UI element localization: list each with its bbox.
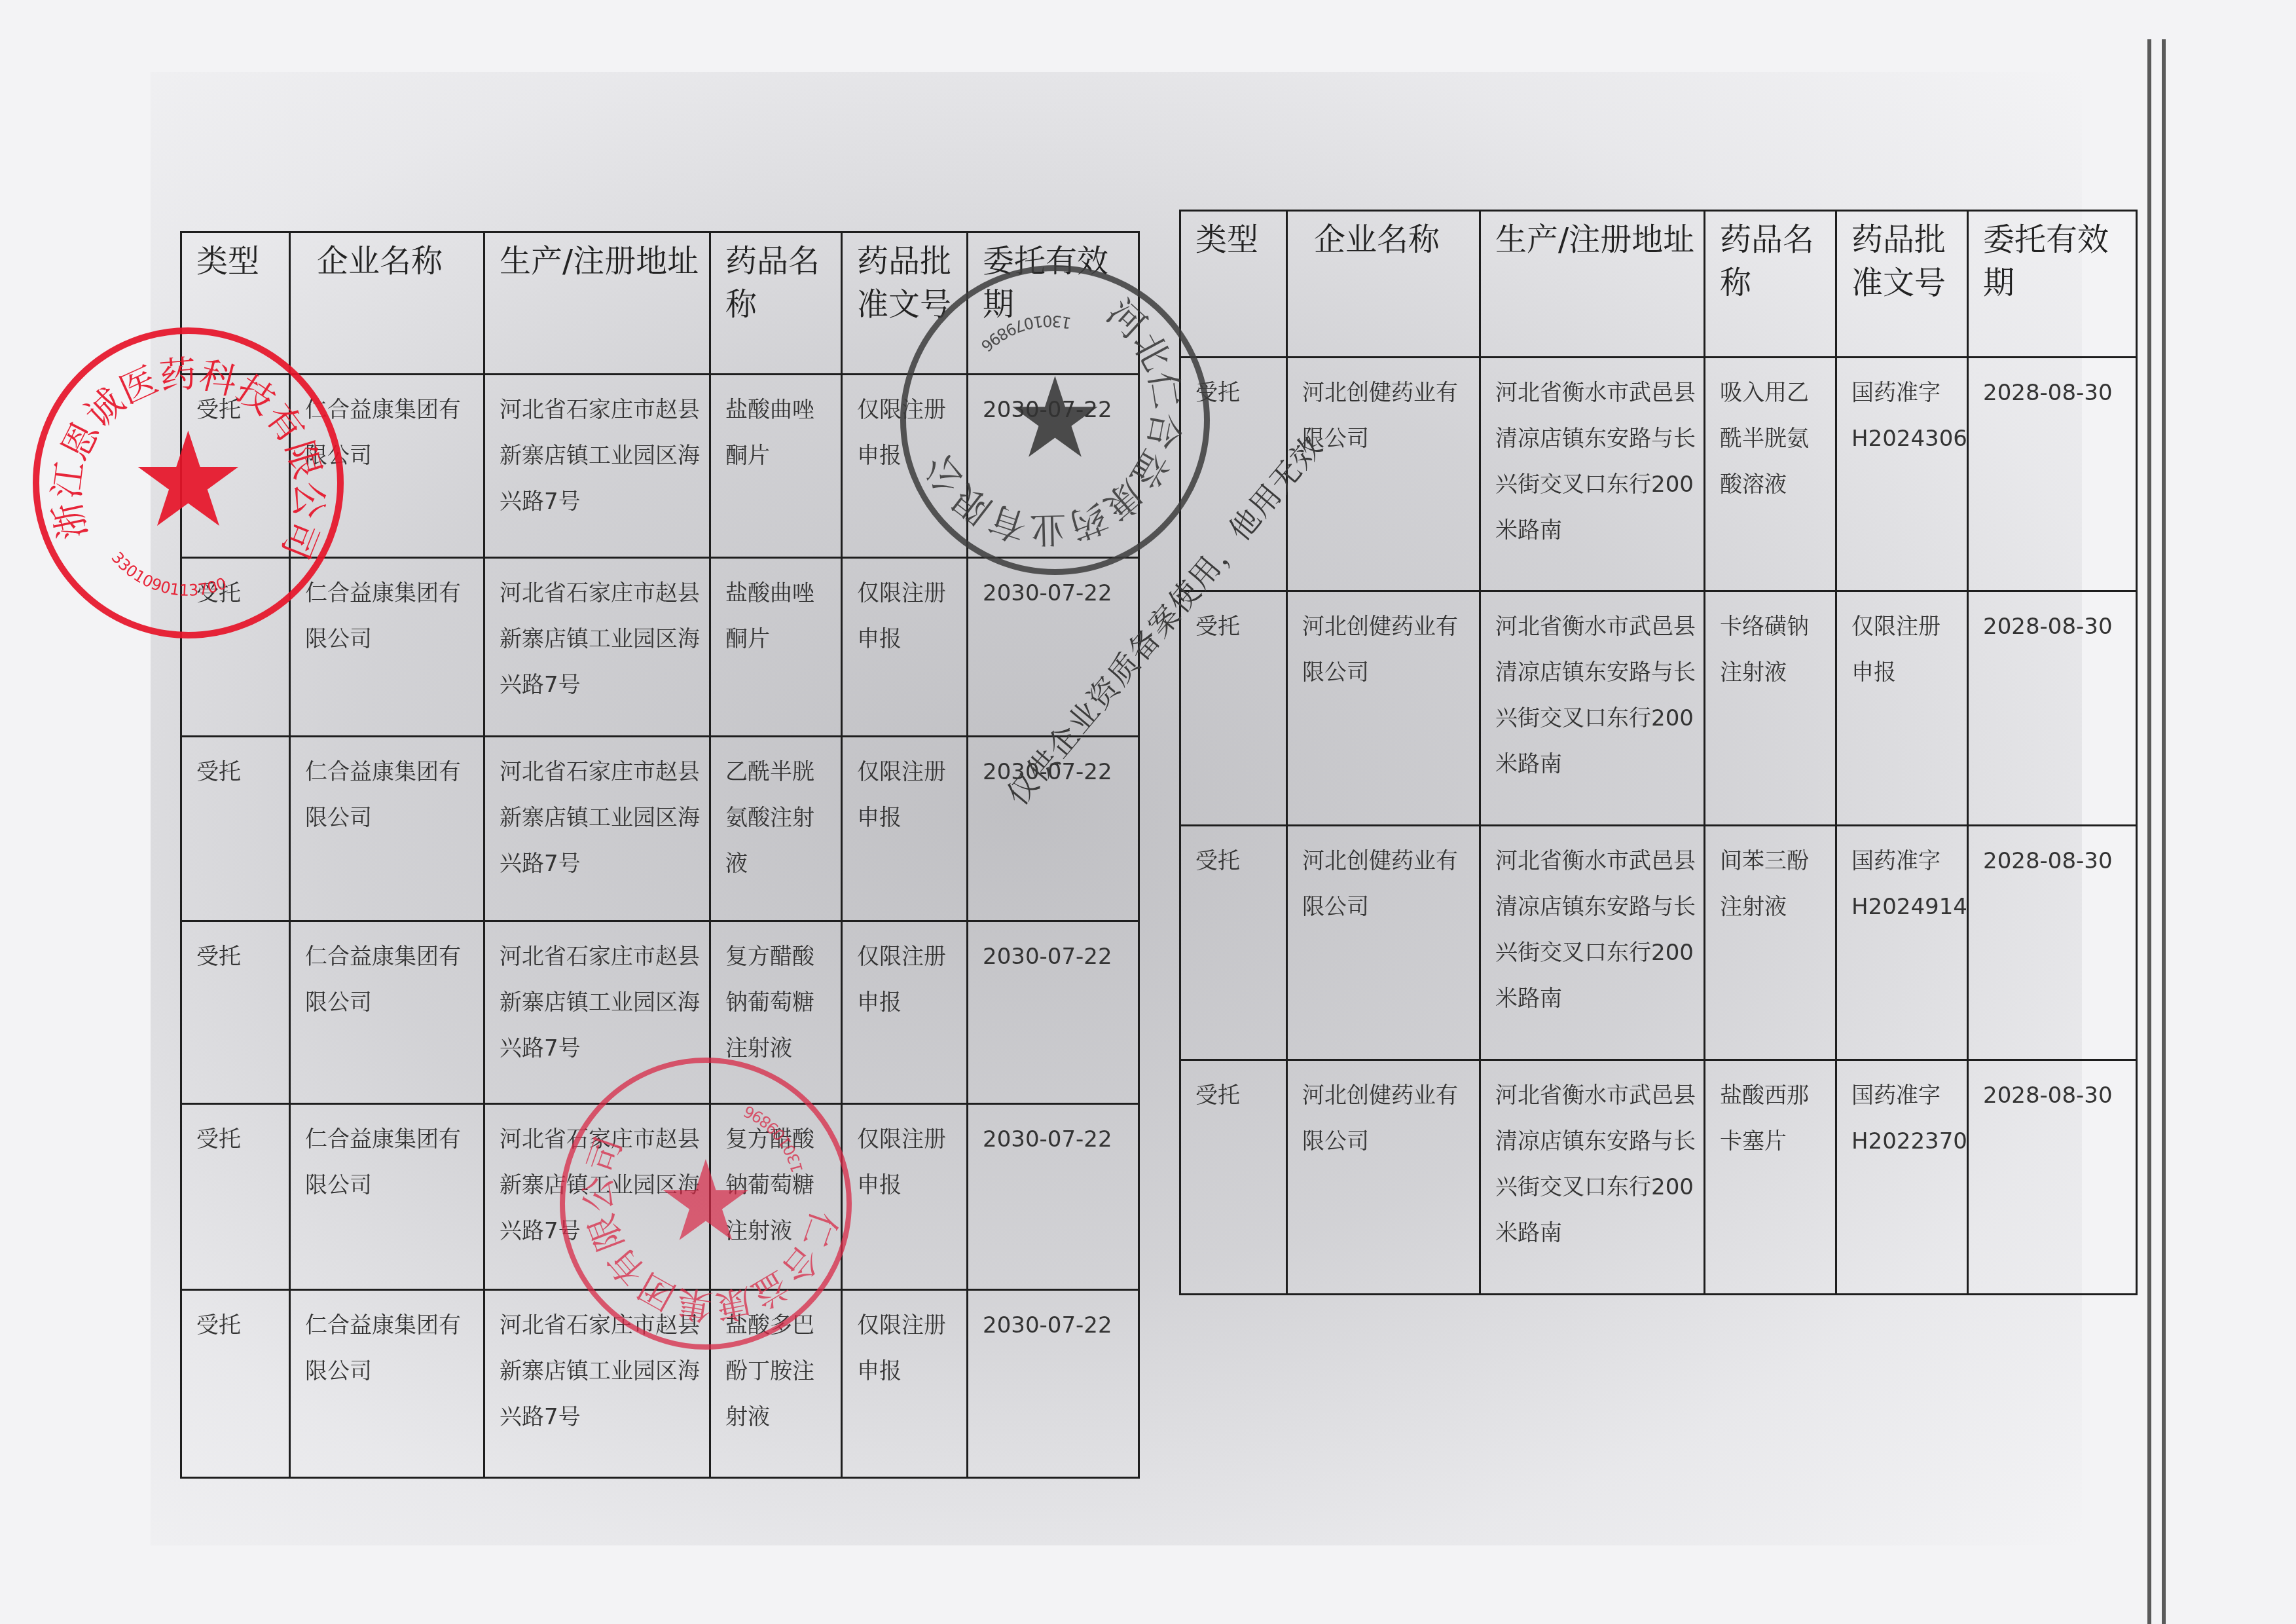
cell-address: 河北省衡水市武邑县清凉店镇东安路与长兴街交叉口东行200米路南 [1480,591,1705,826]
cell-address: 河北省石家庄市赵县新寨店镇工业园区海兴路7号 [484,375,710,558]
header-type: 类型 [181,232,290,375]
cell-drug: 吸入用乙酰半胱氨酸溶液 [1705,358,1836,591]
cell-type: 受托 [181,1104,290,1290]
page-edge-line [2147,39,2151,1624]
table-row: 受托仁合益康集团有限公司河北省石家庄市赵县新寨店镇工业园区海兴路7号盐酸曲唑酮片… [181,375,1139,558]
cell-type: 受托 [181,375,290,558]
cell-type: 受托 [1180,591,1287,826]
cell-approval: 仅限注册申报 [842,1290,968,1478]
cell-type: 受托 [181,1290,290,1478]
table-row: 受托河北创健药业有限公司河北省衡水市武邑县清凉店镇东安路与长兴街交叉口东行200… [1180,826,2137,1060]
table-row: 受托河北创健药业有限公司河北省衡水市武邑县清凉店镇东安路与长兴街交叉口东行200… [1180,591,2137,826]
cell-drug: 盐酸曲唑酮片 [710,558,842,737]
cell-type: 受托 [181,558,290,737]
table-row: 受托河北创健药业有限公司河北省衡水市武邑县清凉店镇东安路与长兴街交叉口东行200… [1180,1060,2137,1295]
cell-type: 受托 [181,737,290,921]
cell-company: 仁合益康集团有限公司 [290,921,484,1104]
cell-approval: 仅限注册申报 [842,737,968,921]
page-edge-line [2162,39,2166,1624]
cell-valid-until: 2028-08-30 [1968,1060,2137,1295]
cell-approval: 仅限注册申报 [842,921,968,1104]
cell-valid-until: 2030-07-22 [968,921,1139,1104]
cell-type: 受托 [181,921,290,1104]
cell-address: 河北省衡水市武邑县清凉店镇东安路与长兴街交叉口东行200米路南 [1480,1060,1705,1295]
cell-valid-until: 2028-08-30 [1968,826,2137,1060]
left-entrustment-table: 类型 企业名称 生产/注册地址 药品名称 药品批准文号 委托有效期 受托仁合益康… [180,231,1140,1479]
cell-drug: 复方醋酸钠葡萄糖注射液 [710,921,842,1104]
cell-approval: 仅限注册申报 [842,1104,968,1290]
cell-company: 河北创健药业有限公司 [1287,358,1480,591]
header-approval: 药品批准文号 [842,232,968,375]
header-approval: 药品批准文号 [1836,211,1968,358]
cell-type: 受托 [1180,826,1287,1060]
header-valid: 委托有效期 [1968,211,2137,358]
cell-approval: 仅限注册申报 [842,375,968,558]
cell-drug: 盐酸西那卡塞片 [1705,1060,1836,1295]
cell-company: 仁合益康集团有限公司 [290,737,484,921]
table-header-row: 类型 企业名称 生产/注册地址 药品名称 药品批准文号 委托有效期 [181,232,1139,375]
table-row: 受托仁合益康集团有限公司河北省石家庄市赵县新寨店镇工业园区海兴路7号乙酰半胱氨酸… [181,737,1139,921]
table-row: 受托河北创健药业有限公司河北省衡水市武邑县清凉店镇东安路与长兴街交叉口东行200… [1180,358,2137,591]
cell-drug: 复方醋酸钠葡萄糖注射液 [710,1104,842,1290]
header-address: 生产/注册地址 [484,232,710,375]
cell-company: 仁合益康集团有限公司 [290,1290,484,1478]
cell-company: 河北创健药业有限公司 [1287,1060,1480,1295]
cell-approval: 仅限注册申报 [842,558,968,737]
cell-drug: 卡络磺钠注射液 [1705,591,1836,826]
cell-type: 受托 [1180,1060,1287,1295]
cell-address: 河北省石家庄市赵县新寨店镇工业园区海兴路7号 [484,1104,710,1290]
cell-drug: 盐酸曲唑酮片 [710,375,842,558]
header-address: 生产/注册地址 [1480,211,1705,358]
cell-address: 河北省石家庄市赵县新寨店镇工业园区海兴路7号 [484,558,710,737]
cell-company: 仁合益康集团有限公司 [290,1104,484,1290]
header-company: 企业名称 [290,232,484,375]
cell-approval: 国药准字H20249143 [1836,826,1968,1060]
cell-company: 仁合益康集团有限公司 [290,375,484,558]
cell-valid-until: 2028-08-30 [1968,591,2137,826]
cell-address: 河北省石家庄市赵县新寨店镇工业园区海兴路7号 [484,1290,710,1478]
table-row: 受托仁合益康集团有限公司河北省石家庄市赵县新寨店镇工业园区海兴路7号盐酸曲唑酮片… [181,558,1139,737]
cell-address: 河北省石家庄市赵县新寨店镇工业园区海兴路7号 [484,737,710,921]
cell-company: 河北创健药业有限公司 [1287,591,1480,826]
cell-approval: 仅限注册申报 [1836,591,1968,826]
header-drug: 药品名称 [1705,211,1836,358]
cell-drug: 盐酸多巴酚丁胺注射液 [710,1290,842,1478]
cell-approval: 国药准字H20223702 [1836,1060,1968,1295]
header-type: 类型 [1180,211,1287,358]
header-drug: 药品名称 [710,232,842,375]
cell-address: 河北省衡水市武邑县清凉店镇东安路与长兴街交叉口东行200米路南 [1480,826,1705,1060]
cell-company: 河北创健药业有限公司 [1287,826,1480,1060]
header-company: 企业名称 [1287,211,1480,358]
cell-valid-until: 2030-07-22 [968,1104,1139,1290]
cell-valid-until: 2030-07-22 [968,375,1139,558]
cell-company: 仁合益康集团有限公司 [290,558,484,737]
cell-drug: 间苯三酚注射液 [1705,826,1836,1060]
right-entrustment-table: 类型 企业名称 生产/注册地址 药品名称 药品批准文号 委托有效期 受托河北创健… [1179,210,2138,1295]
cell-address: 河北省衡水市武邑县清凉店镇东安路与长兴街交叉口东行200米路南 [1480,358,1705,591]
table-row: 受托仁合益康集团有限公司河北省石家庄市赵县新寨店镇工业园区海兴路7号盐酸多巴酚丁… [181,1290,1139,1478]
cell-valid-until: 2030-07-22 [968,1290,1139,1478]
cell-approval: 国药准字H20243061 [1836,358,1968,591]
table-row: 受托仁合益康集团有限公司河北省石家庄市赵县新寨店镇工业园区海兴路7号复方醋酸钠葡… [181,921,1139,1104]
table-header-row: 类型 企业名称 生产/注册地址 药品名称 药品批准文号 委托有效期 [1180,211,2137,358]
cell-address: 河北省石家庄市赵县新寨店镇工业园区海兴路7号 [484,921,710,1104]
cell-drug: 乙酰半胱氨酸注射液 [710,737,842,921]
table-row: 受托仁合益康集团有限公司河北省石家庄市赵县新寨店镇工业园区海兴路7号复方醋酸钠葡… [181,1104,1139,1290]
header-valid: 委托有效期 [968,232,1139,375]
cell-valid-until: 2028-08-30 [1968,358,2137,591]
